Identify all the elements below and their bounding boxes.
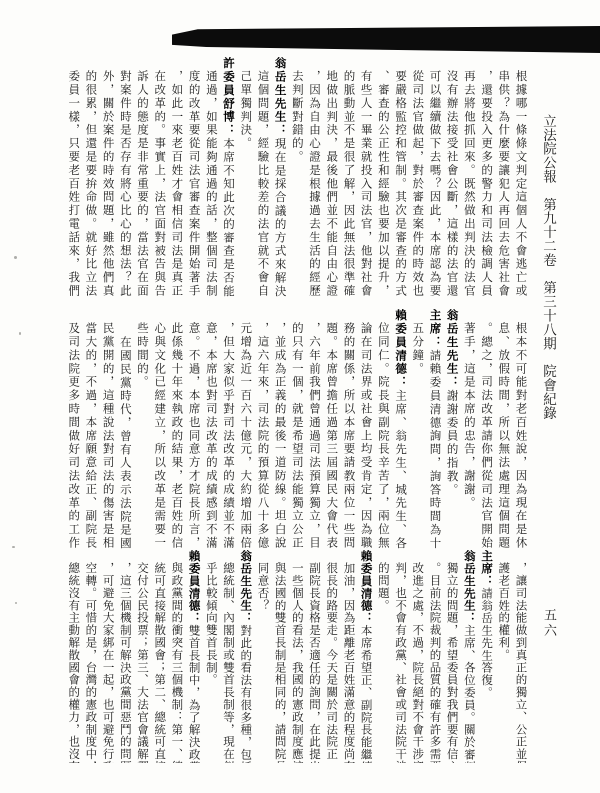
text-column: 護老百姓的權利。: [495, 550, 512, 763]
text-column: 息、放假時間，所以無法處理這個問題: [495, 309, 512, 559]
text-column: 同意否？: [254, 550, 271, 763]
text-column: 從司法官做起，對於審查案件的時效也: [409, 57, 426, 307]
text-column: 地做出判決，最後他們並不能自由心證: [323, 57, 340, 307]
text-column: ，還要投入更多的警力和司法檢調人員: [478, 57, 495, 307]
text-column: 外，關於案件的時效問題，雖然他們真: [99, 57, 116, 307]
scan-speck: [14, 256, 17, 259]
text-column: 些時間的。: [134, 309, 151, 559]
text-column: 翁岳生先生：謝謝委員的指教。: [443, 309, 460, 559]
text-column: 元增為近一百六十億元，大約增加兩倍: [237, 309, 254, 559]
text-column: 賴委員清德：主席、翁先生、城先生、各: [392, 309, 409, 559]
text-column: 再去將他抓回來。既然做出判決的法官: [461, 57, 478, 307]
text-column: ，這六年來，司法院的預算從八十多億: [254, 309, 271, 559]
speaker-name: 翁岳生先生：: [239, 550, 253, 624]
text-column: 當大的，不過，本席願意給正、副院長: [82, 309, 99, 559]
speaker-name: 翁岳生先生：: [446, 309, 460, 389]
text-column: 翁岳生先生：對此的看法有很多種，包括: [237, 550, 254, 763]
text-band-middle-clip: 根本不可能對老百姓說，因為現在是休息、放假時間，所以無法處理這個問題。總之，司法…: [65, 309, 531, 559]
speaker-name: 賴委員清德：: [188, 550, 202, 624]
text-column: 與法國的雙首長制是相同的，請問院長: [271, 550, 288, 763]
text-column: 民黨開的，這種說法對司法的傷害是相: [99, 309, 116, 559]
text-band-top-clip: 根據哪一條條文判定這個人不會逃亡或串供？為什麼要讓犯人再回去危害社會，還要投入更…: [65, 57, 531, 307]
text-column: 的很累，但還是要拚命做。就好比立法: [82, 57, 99, 307]
text-column: 副院長資格是否適任的詢問，在此提出: [306, 550, 323, 763]
text-column: 總統制、內閣制或雙首長制等，現在似: [220, 550, 237, 763]
speaker-name: 許委員舒博：: [222, 57, 236, 137]
text-column: 務的關係，所以本席要請教兩位一些問: [340, 309, 357, 559]
text-column: ，這三個機制可解決政黨間惡鬥的問題: [117, 550, 134, 763]
page-number: 五六: [539, 608, 558, 639]
scan-artifact-top-bar: [172, 26, 600, 53]
text-column: 乎比較傾向雙首長制。: [203, 550, 220, 763]
text-column: 判，也不會有政黨、社會或司法院干涉: [392, 550, 409, 763]
text-column: 此係幾十年來執政的結果，老百姓的信: [168, 309, 185, 559]
text-column: ，讓司法能做到真正的獨立、公正並保: [512, 550, 529, 763]
text-column: 五分鐘。: [409, 309, 426, 559]
scan-speck: [15, 602, 17, 604]
text-column: 賴委員清德：雙首長制中，為了解決政黨: [185, 550, 202, 763]
text-band-top: 根據哪一條條文判定這個人不會逃亡或串供？為什麼要讓犯人再回去危害社會，還要投入更…: [65, 57, 529, 307]
text-band-bottom: ，讓司法能做到真正的獨立、公正並保護老百姓的權利。主席：請翁岳生先生答復。翁岳生…: [65, 550, 529, 763]
text-column: 統可直接解散國會；第二、總統可直接: [151, 550, 168, 763]
text-column: 訴人的態度是非常重要的，當法官在面: [134, 57, 151, 307]
text-column: 通過，如果能夠通過的話，整個司法制: [203, 57, 220, 307]
text-column: 有些人一畢業就投入司法官，他對社會: [357, 57, 374, 307]
text-column: 獨立的問題，希望委員對我們要有信心: [443, 550, 460, 763]
text-column: 的脈動並不是很了解，因此無法很準確: [340, 57, 357, 307]
text-column: 在國民黨時代，曾有人表示法院是國: [117, 309, 134, 559]
text-column: ，可避免大家綁在一起，也可避免行政: [99, 550, 116, 763]
text-column: ，因為自由心證是根據過去生活的經歷: [306, 57, 323, 307]
text-column: 著手，這是本席的忠告，謝謝。: [461, 309, 478, 559]
scan-speck: [19, 332, 21, 335]
text-column: 翁岳生先生：主席、各位委員。關於審判: [461, 550, 478, 763]
text-column: 度的改革要從司法官審查案件開始著手: [185, 57, 202, 307]
text-column: 空轉。可惜的是，台灣的憲政制度中，: [82, 550, 99, 763]
text-column: 題。本席曾擔任過第三屆國民大會代表: [323, 309, 340, 559]
text-column: 及司法院更多時間做好司法改革的工作: [65, 309, 82, 559]
text-column: 在改革的。事實上，法官面對被告與告: [151, 57, 168, 307]
text-column: 主席：請賴委員清德詢問，詢答時間為十: [426, 309, 443, 559]
text-column: 改進之處，不過，院長絕對不會干涉審: [409, 550, 426, 763]
text-column: ，並成為正義的最後一道防線。坦白說: [271, 309, 288, 559]
text-column: 。總之，司法改革請你們從司法官開始: [478, 309, 495, 559]
text-column: 賴委員清德：本席希望正、副院長能繼續: [357, 550, 374, 763]
speaker-name: 賴委員清德：: [360, 550, 374, 624]
text-column: 要嚴格監控和管制。其次是審查的方式: [392, 57, 409, 307]
text-column: 的只有一個，就是希望司法能獨立公正: [289, 309, 306, 559]
text-column: 加油，因為距離老百姓滿意的程度尚有: [340, 550, 357, 763]
text-column: 許委員舒博：本席不知此次的審查是否能: [220, 57, 237, 307]
text-column: 可以繼續做下去嗎？因此，本席認為要: [426, 57, 443, 307]
text-column: 位同仁。院長與副院長辛苦了，兩位無: [375, 309, 392, 559]
text-column: 意。不過，本席也同意方才院長所言，: [185, 309, 202, 559]
text-column: 去判斷對錯的。: [289, 57, 306, 307]
text-column: 根本不可能對老百姓說，因為現在是休: [512, 309, 529, 559]
text-column: 根據哪一條條文判定這個人不會逃亡或: [512, 57, 529, 307]
text-column: 主席：請翁岳生先生答復。: [478, 550, 495, 763]
text-column: ，如此一來老百姓才會相信司法是真正: [168, 57, 185, 307]
text-column: 論在司法界或社會上均受肯定，因為職: [357, 309, 374, 559]
text-column: 沒有辦法接受社會公斷，這樣的法官還: [443, 57, 460, 307]
text-column: 這個問題，經驗比較差的法官就不會自: [254, 57, 271, 307]
text-column: 的問題。: [375, 550, 392, 763]
text-column: 、審查的公正性和經驗也要加以提升，: [375, 57, 392, 307]
text-column: 一些個人的看法，我國的憲政制度應該: [289, 550, 306, 763]
text-column: 心與文化已經建立，所以改革是需要一: [151, 309, 168, 559]
text-column: 己單獨判決。: [237, 57, 254, 307]
text-column: 交付公民投票；第三、大法官會議解釋: [134, 550, 151, 763]
speaker-name: 賴委員清德：: [394, 309, 408, 389]
text-column: 總統沒有主動解散國會的權力，也沒有: [65, 550, 82, 763]
scanned-page: 立法院公報 第九十二卷 第三十八期 院會紀錄 五六 根據哪一條條文判定這個人不會…: [0, 0, 600, 793]
text-column: 委員一樣，只要老百姓打電話來，我們: [65, 57, 82, 307]
text-column: 翁岳生先生：現在是採合議的方式來解決: [271, 57, 288, 307]
text-band-bottom-clip: ，讓司法能做到真正的獨立、公正並保護老百姓的權利。主席：請翁岳生先生答復。翁岳生…: [65, 550, 531, 763]
scan-speck: [12, 546, 15, 548]
text-column: ，六年前我們曾通過司法預算獨立，目: [306, 309, 323, 559]
speaker-name: 主席：: [480, 550, 494, 587]
text-column: 串供？為什麼要讓犯人再回去危害社會: [495, 57, 512, 307]
speaker-name: 翁岳生先生：: [463, 550, 477, 624]
text-column: 。目前法院裁判的品質的確有許多需要: [426, 550, 443, 763]
text-column: 與政黨間的衝突有三個機制：第一、總: [168, 550, 185, 763]
text-column: ，但大家似乎對司法改革的成績並不滿: [220, 309, 237, 559]
gazette-running-head: 立法院公報 第九十二卷 第三十八期 院會紀錄: [538, 114, 558, 420]
text-column: 對案件時是否存有將心比心的想法？此: [117, 57, 134, 307]
speaker-name: 主席：: [428, 309, 442, 349]
text-column: 意，本席也對司法改革的成績感到不滿: [203, 309, 220, 559]
speaker-name: 翁岳生先生：: [274, 57, 288, 137]
text-column: 很長的路要走。今天是關於司法院正: [323, 550, 340, 763]
text-band-middle: 根本不可能對老百姓說，因為現在是休息、放假時間，所以無法處理這個問題。總之，司法…: [65, 309, 529, 559]
